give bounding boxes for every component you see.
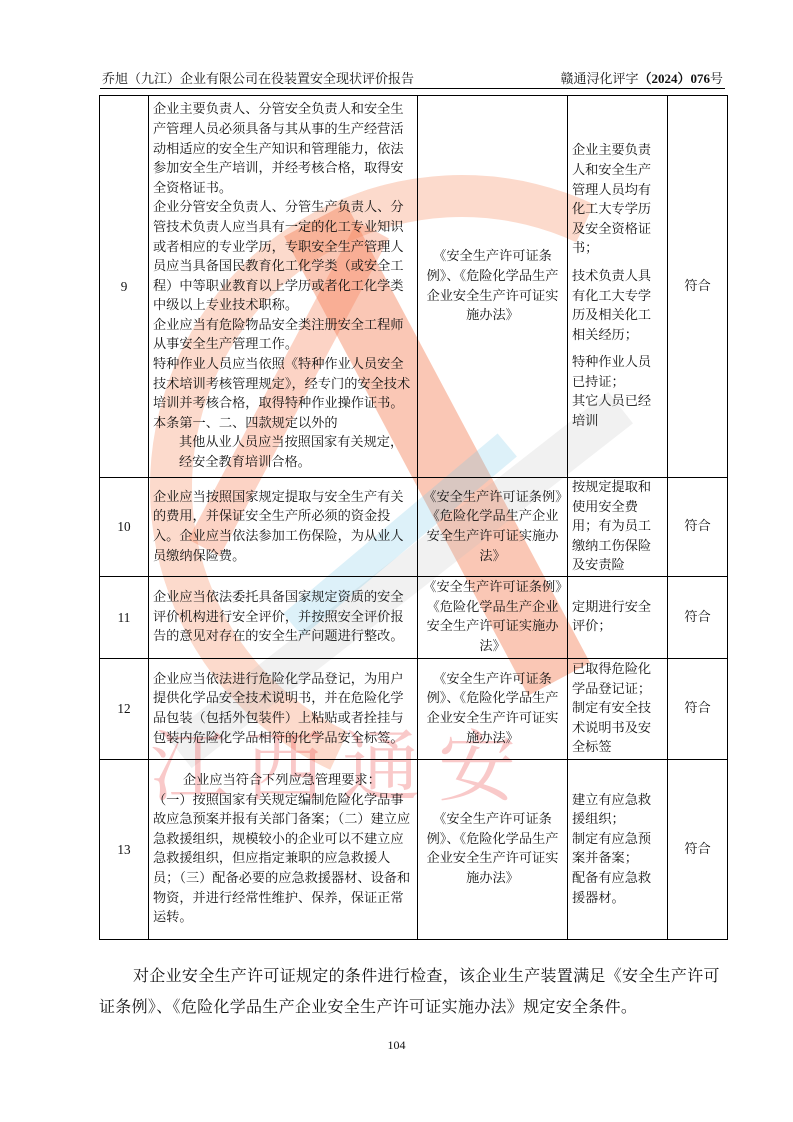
- conclusion-paragraph: 对企业安全生产许可证规定的条件进行检查，该企业生产装置满足《安全生产许可证条例》…: [99, 960, 729, 1022]
- result-cell: 符合: [668, 759, 728, 939]
- requirement-text: 企业应当符合下列应急管理要求：: [153, 771, 413, 791]
- requirement-cell: 企业应当依法进行危险化学品登记，为用户提供化学品安全技术说明书，并在危险化学品包…: [149, 658, 418, 759]
- requirement-text: 企业应当依法委托具备国家规定资质的安全评价机构进行安全评价，并按照安全评价报告的…: [153, 588, 413, 647]
- requirement-cell: 企业应当按照国家规定提取与安全生产有关的费用，并保证安全生产所必须的资金投入。企…: [149, 478, 418, 577]
- basis-cell: 《安全生产许可证条例》、《危险化学品生产企业安全生产许可证实施办法》: [418, 96, 568, 478]
- requirement-text: 特种作业人员应当依照《特种作业人员安全技术培训考核管理规定》，经专门的安全技术培…: [153, 355, 413, 433]
- actual-text: 配备有应急救援器材。: [572, 869, 663, 908]
- doc-number-prefix: 赣通浔化评字: [560, 72, 638, 87]
- actual-text: 制定有应急预案并备案；: [572, 830, 663, 869]
- doc-number-year: （2024）076: [638, 71, 710, 86]
- row-number: 12: [100, 658, 149, 759]
- actual-text: 企业主要负责人和安全生产管理人员均有化工大专学历及安全资格证书；: [572, 141, 663, 259]
- row-number: 10: [100, 478, 149, 577]
- doc-number: 赣通浔化评字（2024）076号: [560, 68, 723, 87]
- result-cell: 符合: [668, 658, 728, 759]
- actual-text: 制定有安全技术说明书及安全标签: [572, 699, 663, 758]
- requirement-text: 企业分管安全负责人、分管生产负责人、分管技术负责人应当具有一定的化工专业知识或者…: [153, 198, 413, 316]
- requirement-text: 其他从业人员应当按照国家有关规定，经安全教育培训合格。: [153, 433, 413, 472]
- actual-status-cell: 企业主要负责人和安全生产管理人员均有化工大专学历及安全资格证书； 技术负责人具有…: [568, 96, 668, 478]
- actual-text: 定期进行安全评价；: [572, 598, 663, 637]
- table-row: 11 企业应当依法委托具备国家规定资质的安全评价机构进行安全评价，并按照安全评价…: [100, 576, 728, 658]
- basis-cell: 《安全生产许可证条例》、《危险化学品生产企业安全生产许可证实施办法》: [418, 658, 568, 759]
- actual-text: 技术负责人具有化工大专学历及相关化工相关经历；: [572, 267, 663, 345]
- actual-status-cell: 按规定提取和使用安全费用；有为员工缴纳工伤保险及安责险: [568, 478, 668, 577]
- table-row: 9 企业主要负责人、分管安全负责人和安全生产管理人员必须具备与其从事的生产经营活…: [100, 96, 728, 478]
- result-cell: 符合: [668, 478, 728, 577]
- requirement-text: （一）按照国家有关规定编制危险化学品事故应急预案并报有关部门备案；（二）建立应急…: [153, 791, 413, 928]
- basis-cell: 《安全生产许可证条例》《危险化学品生产企业安全生产许可证实施办法》: [418, 478, 568, 577]
- page-number: 104: [0, 1038, 793, 1053]
- row-number: 9: [100, 96, 149, 478]
- row-number: 13: [100, 759, 149, 939]
- result-cell: 符合: [668, 576, 728, 658]
- basis-cell: 《安全生产许可证条例》《危险化学品生产企业安全生产许可证实施办法》: [418, 576, 568, 658]
- actual-text: 按规定提取和使用安全费用；有为员工缴纳工伤保险及安责险: [572, 478, 663, 576]
- requirement-text: 企业主要负责人、分管安全负责人和安全生产管理人员必须具备与其从事的生产经营活动相…: [153, 100, 413, 198]
- table-row: 12 企业应当依法进行危险化学品登记，为用户提供化学品安全技术说明书，并在危险化…: [100, 658, 728, 759]
- requirement-cell: 企业主要负责人、分管安全负责人和安全生产管理人员必须具备与其从事的生产经营活动相…: [149, 96, 418, 478]
- result-cell: 符合: [668, 96, 728, 478]
- actual-text: 建立有应急救援组织；: [572, 791, 663, 830]
- row-number: 11: [100, 576, 149, 658]
- requirement-cell: 企业应当依法委托具备国家规定资质的安全评价机构进行安全评价，并按照安全评价报告的…: [149, 576, 418, 658]
- actual-status-cell: 定期进行安全评价；: [568, 576, 668, 658]
- basis-cell: 《安全生产许可证条例》、《危险化学品生产企业安全生产许可证实施办法》: [418, 759, 568, 939]
- requirement-text: 企业应当按照国家规定提取与安全生产有关的费用，并保证安全生产所必须的资金投入。企…: [153, 488, 413, 566]
- actual-text: 其它人员已经培训: [572, 392, 663, 431]
- actual-text: 已取得危险化学品登记证；: [572, 660, 663, 699]
- actual-status-cell: 已取得危险化学品登记证； 制定有安全技术说明书及安全标签: [568, 658, 668, 759]
- requirement-cell: 企业应当符合下列应急管理要求： （一）按照国家有关规定编制危险化学品事故应急预案…: [149, 759, 418, 939]
- actual-status-cell: 建立有应急救援组织； 制定有应急预案并备案； 配备有应急救援器材。: [568, 759, 668, 939]
- table-row: 10 企业应当按照国家规定提取与安全生产有关的费用，并保证安全生产所必须的资金投…: [100, 478, 728, 577]
- compliance-table: 9 企业主要负责人、分管安全负责人和安全生产管理人员必须具备与其从事的生产经营活…: [99, 95, 728, 940]
- table-row: 13 企业应当符合下列应急管理要求： （一）按照国家有关规定编制危险化学品事故应…: [100, 759, 728, 939]
- report-title: 乔旭（九江）企业有限公司在役装置安全现状评价报告: [102, 68, 414, 87]
- doc-number-suffix: 号: [710, 72, 723, 87]
- actual-text: 特种作业人员已持证；: [572, 353, 663, 392]
- requirement-text: 企业应当有危险物品安全类注册安全工程师从事安全生产管理工作。: [153, 316, 413, 355]
- requirement-text: 企业应当依法进行危险化学品登记，为用户提供化学品安全技术说明书，并在危险化学品包…: [153, 670, 413, 748]
- page-header: 乔旭（九江）企业有限公司在役装置安全现状评价报告 赣通浔化评字（2024）076…: [100, 66, 725, 89]
